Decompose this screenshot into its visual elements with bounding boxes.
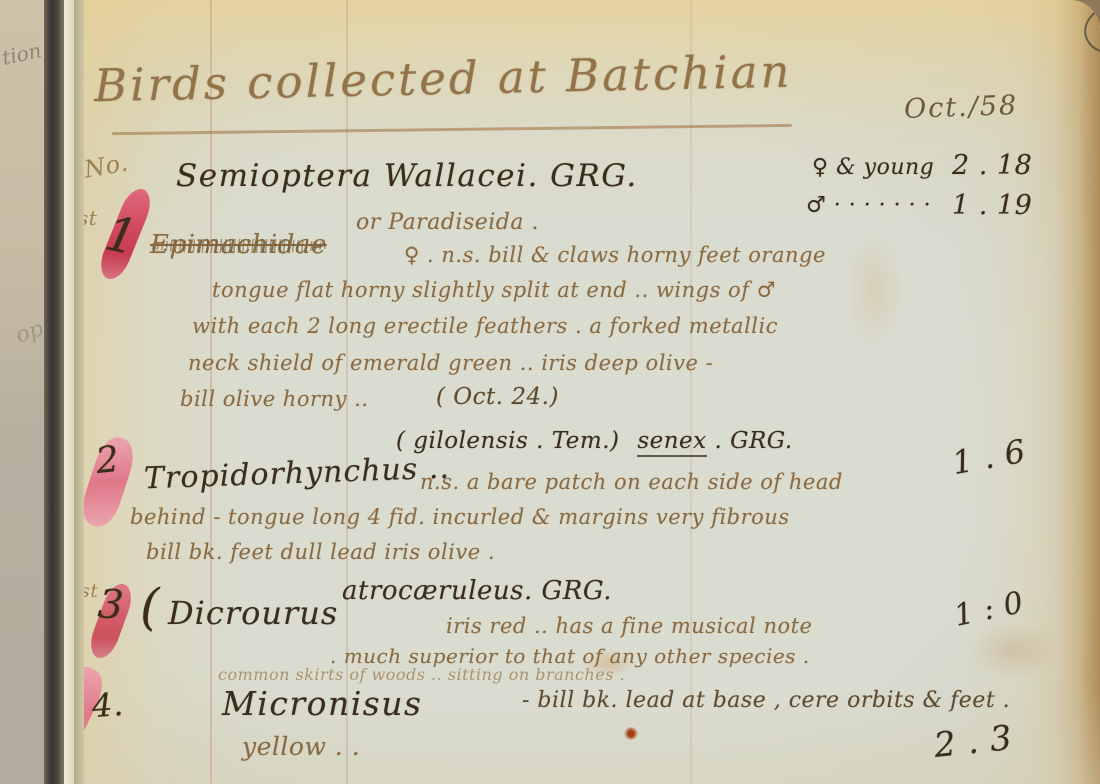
page-date: Oct./58 — [903, 90, 1018, 125]
entry1-tally1-value: 2 . 18 — [952, 150, 1032, 181]
previous-page-edge: tion op — [0, 0, 46, 784]
no-column-header: No. — [84, 148, 130, 183]
ghost-text-1: tion — [0, 38, 43, 70]
notebook-photo: tion op 1 Birds collected at Batchian Oc… — [0, 0, 1100, 784]
entry4-line1: - bill bk. lead at base , cere orbits & … — [522, 688, 1010, 713]
page-number-circle: 1 — [1079, 0, 1100, 60]
entry3-species: atrocæruleus — [342, 576, 524, 606]
entry1-line2: tongue flat horny slightly split at end … — [212, 278, 776, 302]
entry1-tally2-value: 1 . 19 — [952, 190, 1032, 221]
entry3-name: Dicrourus — [168, 594, 338, 632]
ghost-text-2: op — [13, 316, 47, 348]
entry1-tally2-label: ♂ · · · · · · · — [806, 193, 931, 218]
entry1-name-suffix: . GRG. — [527, 158, 637, 194]
entry3-number: 3 — [96, 581, 125, 629]
entry3-species-suffix: . GRG. — [524, 576, 612, 606]
entry3-line1: iris red .. has a fine musical note — [446, 614, 812, 638]
entry2-line3: bill bk. feet dull lead iris olive . — [146, 540, 495, 564]
entry2-tally-value: 1 . 6 — [949, 432, 1028, 482]
entry1-tally1-label: ♀ & young — [812, 155, 934, 180]
entry1-crossed-out: Epimachidae — [150, 230, 327, 260]
entry4-number: 4. — [91, 685, 125, 725]
entry2-name: Tropidorhynchus .. — [143, 451, 450, 497]
entry3-st-label: st — [84, 580, 98, 602]
entry1-name: Semioptera Wallacei. GRG. — [176, 158, 638, 194]
entry2-line1: n.s. a bare patch on each side of head — [420, 470, 843, 494]
page-title: Birds collected at Batchian — [94, 45, 793, 113]
entry1-date-note: ( Oct. 24.) — [436, 384, 559, 410]
entry3-tally-value: 1 : 0 — [951, 585, 1027, 634]
entry1-st-label: st — [84, 206, 97, 230]
stain-faint-2 — [844, 230, 904, 350]
entry4-name: Micronisus — [222, 684, 422, 723]
entry1-line4: neck shield of emerald green .. iris dee… — [188, 351, 713, 375]
stain-red-dot — [624, 727, 638, 740]
entry3-flourish: ( — [140, 578, 160, 636]
entry1-line3: with each 2 long erectile feathers . a f… — [192, 314, 778, 338]
entry1-species-name: Semioptera Wallacei — [176, 158, 527, 194]
notebook-page: 1 Birds collected at Batchian Oct./58 No… — [84, 0, 1100, 784]
entry4-line2: yellow . . — [242, 732, 360, 761]
entry4-tally-value: 2 . 3 — [932, 718, 1014, 766]
page-edge-strip — [74, 0, 84, 784]
entry1-line5: bill olive horny .. — [180, 387, 368, 411]
entry2-superscript-group: ( gilolensis . Tem.) senex . GRG. — [396, 428, 793, 454]
entry2-line2: behind - tongue long 4 fid. incurled & m… — [130, 505, 790, 529]
binding-gutter — [44, 0, 66, 784]
entry2-species: senex — [637, 428, 706, 457]
entry3-line3: common skirts of woods .. sitting on bra… — [218, 665, 625, 684]
entry2-species-suffix: . GRG. — [714, 428, 792, 454]
entry3-species-group: atrocæruleus. GRG. — [342, 576, 612, 606]
page-edge-highlight — [64, 0, 74, 784]
entry1-family-alt: or Paradiseida . — [356, 210, 539, 235]
entry1-number: 1 — [101, 205, 143, 266]
stain-faint — [969, 620, 1059, 680]
entry2-superscript: ( gilolensis . Tem.) — [396, 428, 620, 454]
entry2-number: 2 — [94, 439, 122, 482]
entry1-line1: ♀ . n.s. bill & claws horny feet orange — [404, 243, 826, 267]
